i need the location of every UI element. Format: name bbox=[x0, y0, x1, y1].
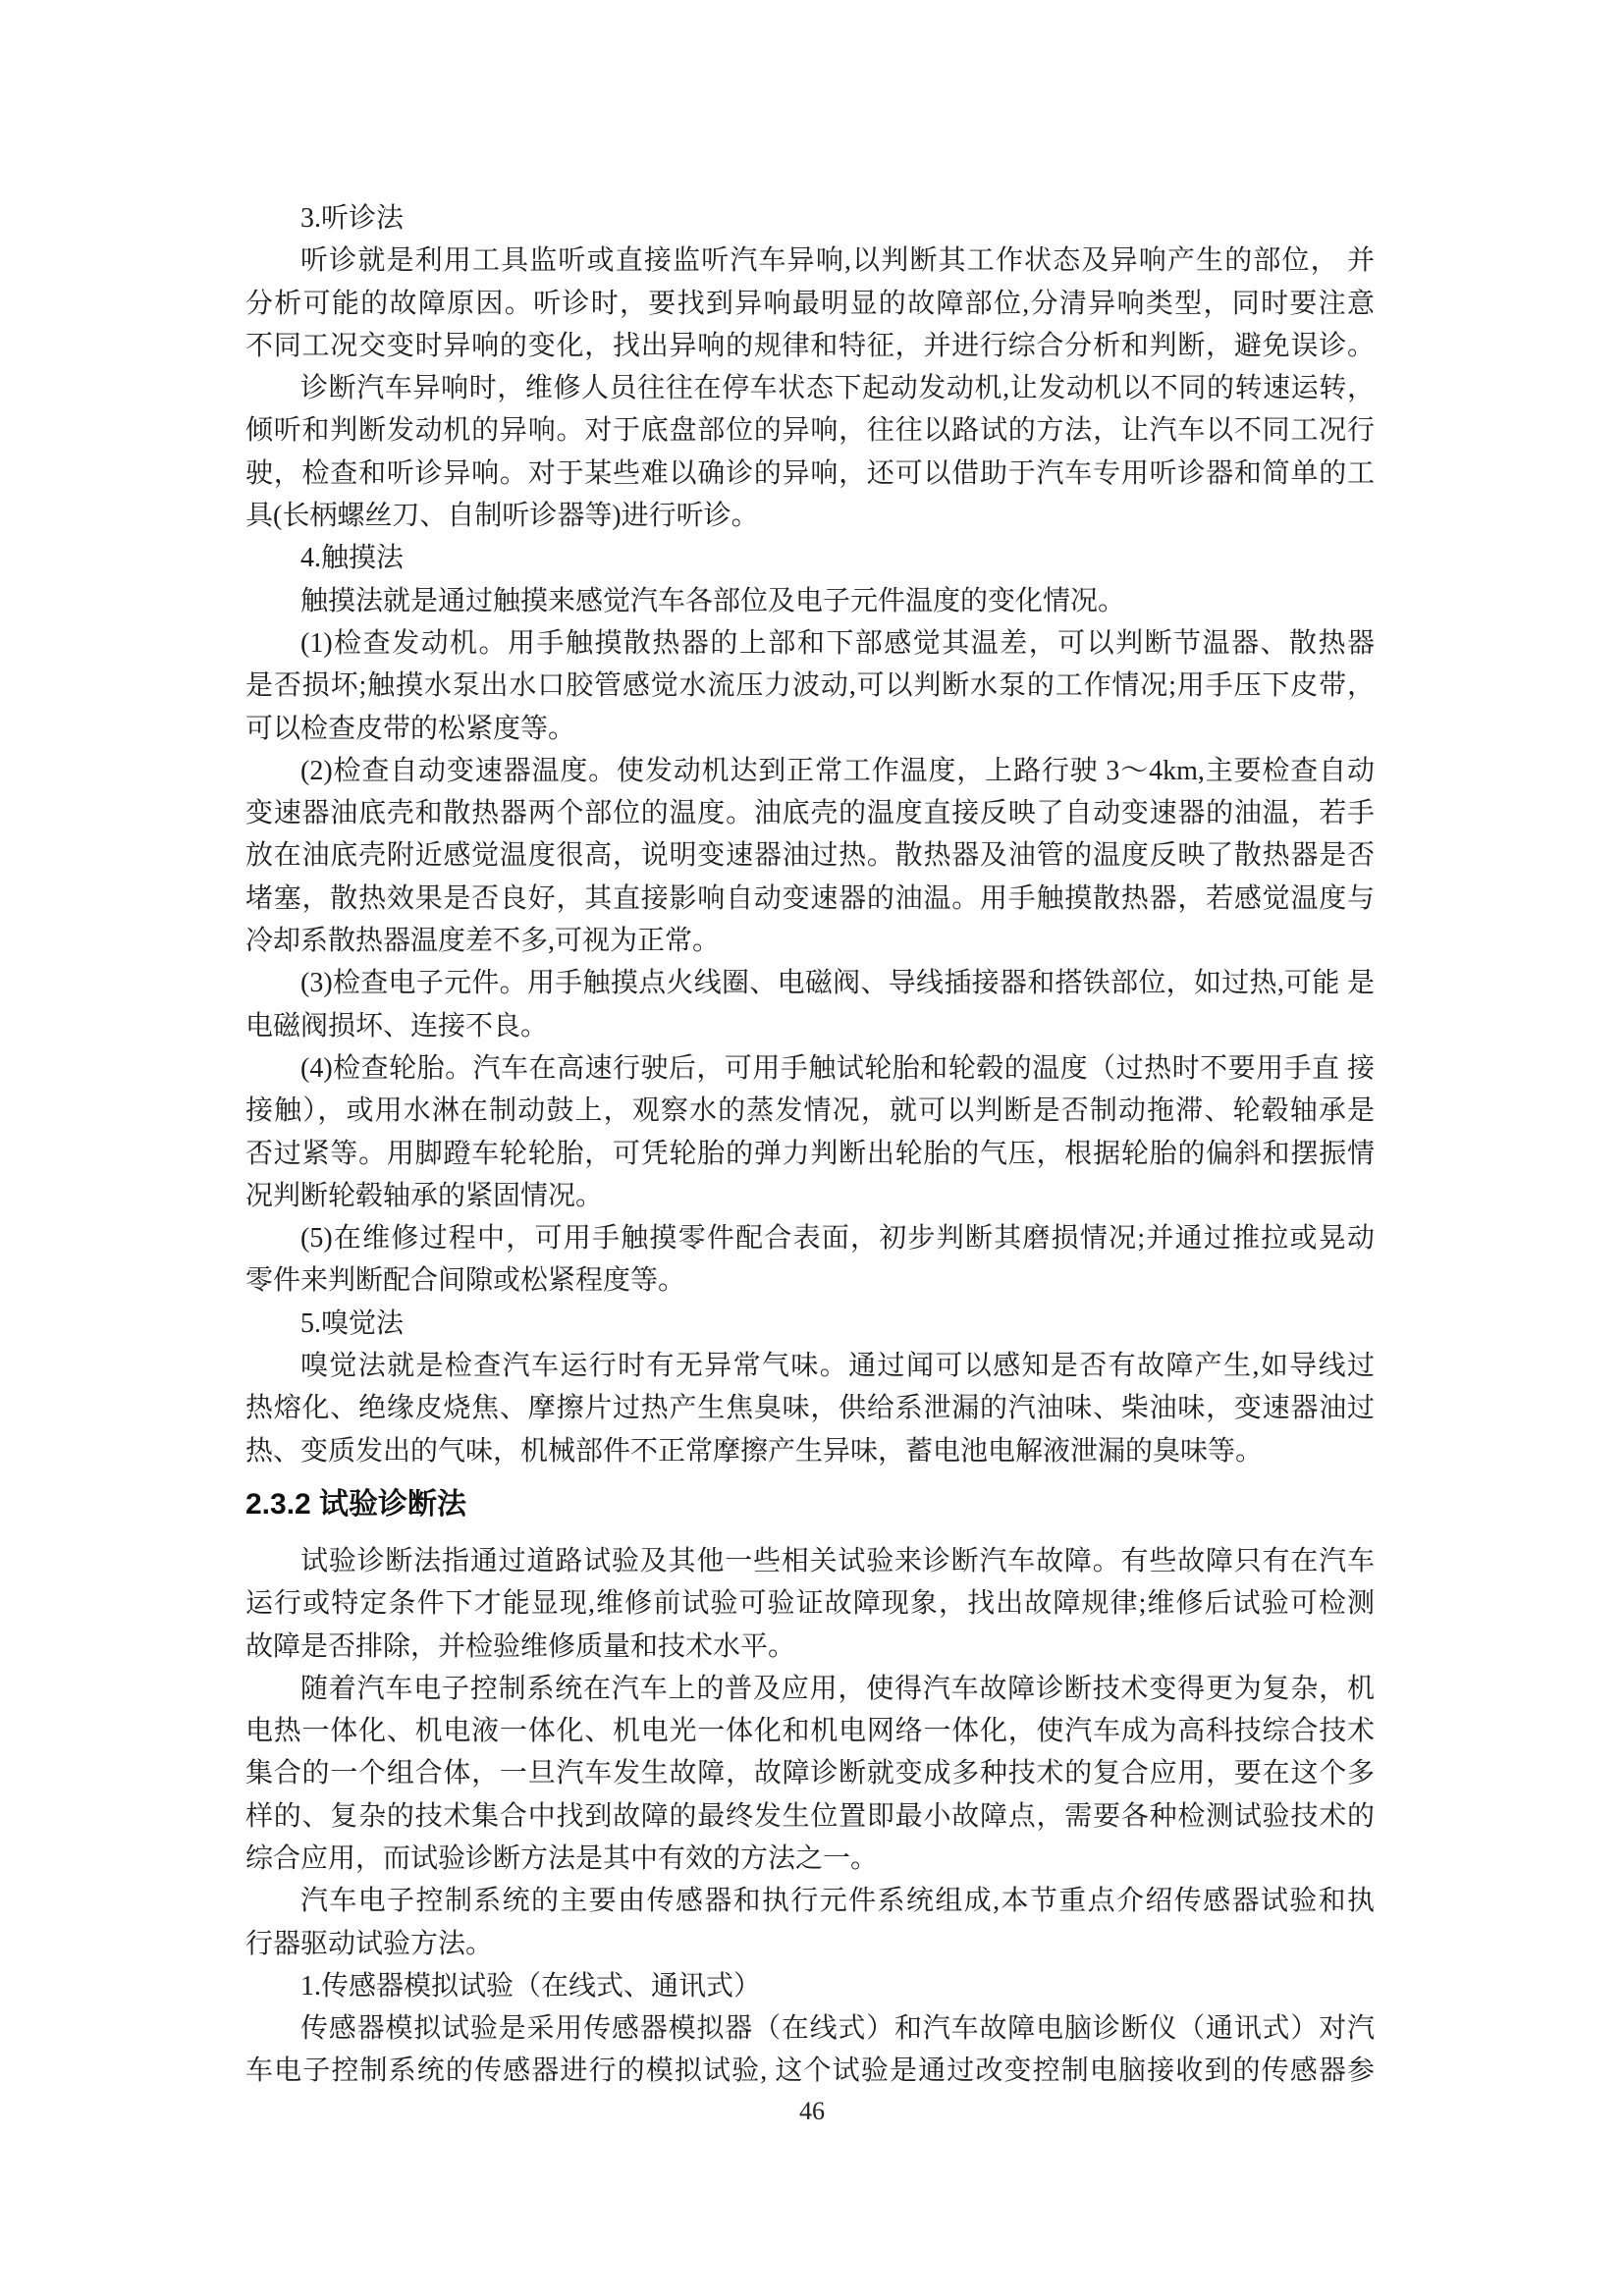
text-line: 否过紧等。用脚蹬车轮轮胎，可凭轮胎的弹力判断出轮胎的气压，根据轮胎的偏斜和摆振情 bbox=[245, 1133, 1375, 1175]
text-line: 况判断轮毂轴承的紧固情况。 bbox=[245, 1175, 1375, 1217]
text-line: 综合应用，而试验诊断方法是其中有效的方法之一。 bbox=[245, 1838, 1375, 1880]
text-line: 车电子控制系统的传感器进行的模拟试验, 这个试验是通过改变控制电脑接收到的传感器… bbox=[245, 2050, 1375, 2092]
text-line: 零件来判断配合间隙或松紧程度等。 bbox=[245, 1259, 1375, 1302]
text-line: 诊断汽车异响时，维修人员往往在停车状态下起动发动机,让发动机以不同的转速运转， bbox=[245, 367, 1375, 409]
text-line: (5)在维修过程中，可用手触摸零件配合表面，初步判断其磨损情况;并通过推拉或晃动 bbox=[245, 1217, 1375, 1259]
text-line: 故障是否排除，并检验维修质量和技术水平。 bbox=[245, 1626, 1375, 1668]
text-line: (2)检查自动变速器温度。使发动机达到正常工作温度，上路行驶 3～4km,主要检… bbox=[245, 750, 1375, 792]
text-line: 热、变质发出的气味，机械部件不正常摩擦产生异味，蓄电池电解液泄漏的臭味等。 bbox=[245, 1430, 1375, 1472]
text-line: 1.传感器模拟试验（在线式、通讯式） bbox=[245, 1965, 1375, 2007]
text-line: 随着汽车电子控制系统在汽车上的普及应用，使得汽车故障诊断技术变得更为复杂，机 bbox=[245, 1668, 1375, 1710]
text-line: 运行或特定条件下才能显现,维修前试验可验证故障现象，找出故障规律;维修后试验可检… bbox=[245, 1582, 1375, 1625]
text-line: 样的、复杂的技术集合中找到故障的最终发生位置即最小故障点，需要各种检测试验技术的 bbox=[245, 1795, 1375, 1838]
text-line: 堵塞，散热效果是否良好，其直接影响自动变速器的油温。用手触摸散热器，若感觉温度与 bbox=[245, 878, 1375, 920]
text-line: 触摸法就是通过触摸来感觉汽车各部位及电子元件温度的变化情况。 bbox=[245, 580, 1375, 622]
text-line: 可以检查皮带的松紧度等。 bbox=[245, 708, 1375, 750]
page-number: 46 bbox=[0, 2097, 1624, 2126]
text-line: 汽车电子控制系统的主要由传感器和执行元件系统组成,本节重点介绍传感器试验和执 bbox=[245, 1880, 1375, 1922]
text-line: (4)检查轮胎。汽车在高速行驶后，可用手触试轮胎和轮毂的温度（过热时不要用手直 … bbox=[245, 1047, 1375, 1090]
text-line: (1)检查发动机。用手触摸散热器的上部和下部感觉其温差，可以判断节温器、散热器 bbox=[245, 622, 1375, 665]
text-line: 驶，检查和听诊异响。对于某些难以确诊的异响，还可以借助于汽车专用听诊器和简单的工 bbox=[245, 453, 1375, 495]
text-line: (3)检查电子元件。用手触摸点火线圈、电磁阀、导线插接器和搭铁部位，如过热,可能… bbox=[245, 962, 1375, 1004]
text-line: 不同工况交变时异响的变化，找出异响的规律和特征，并进行综合分析和判断，避免误诊。 bbox=[245, 325, 1375, 367]
text-line: 电磁阀损坏、连接不良。 bbox=[245, 1005, 1375, 1047]
page: 3.听诊法听诊就是利用工具监听或直接监听汽车异响,以判断其工作状态及异响产生的部… bbox=[0, 0, 1624, 2296]
text-line: 传感器模拟试验是采用传感器模拟器（在线式）和汽车故障电脑诊断仪（通讯式）对汽 bbox=[245, 2007, 1375, 2050]
section-heading: 2.3.2 试验诊断法 bbox=[245, 1483, 1375, 1525]
text-line: 3.听诊法 bbox=[245, 197, 1375, 240]
text-line: 集合的一个组合体，一旦汽车发生故障，故障诊断就变成多种技术的复合应用，要在这个多 bbox=[245, 1752, 1375, 1794]
text-line: 试验诊断法指通过道路试验及其他一些相关试验来诊断汽车故障。有些故障只有在汽车 bbox=[245, 1540, 1375, 1582]
text-line: 4.触摸法 bbox=[245, 537, 1375, 579]
text-line: 行器驱动试验方法。 bbox=[245, 1923, 1375, 1965]
text-line: 具(长柄螺丝刀、自制听诊器等)进行听诊。 bbox=[245, 495, 1375, 537]
text-line: 变速器油底壳和散热器两个部位的温度。油底壳的温度直接反映了自动变速器的油温，若手 bbox=[245, 792, 1375, 834]
text-line: 接触），或用水淋在制动鼓上，观察水的蒸发情况，就可以判断是否制动拖滞、轮毂轴承是 bbox=[245, 1090, 1375, 1132]
text-line: 5.嗅觉法 bbox=[245, 1303, 1375, 1345]
document-body: 3.听诊法听诊就是利用工具监听或直接监听汽车异响,以判断其工作状态及异响产生的部… bbox=[245, 197, 1375, 2093]
text-line: 热熔化、绝缘皮烧焦、摩擦片过热产生焦臭味，供给系泄漏的汽油味、柴油味，变速器油过 bbox=[245, 1387, 1375, 1429]
text-line: 是否损坏;触摸水泵出水口胶管感觉水流压力波动,可以判断水泵的工作情况;用手压下皮… bbox=[245, 665, 1375, 707]
text-line: 冷却系散热器温度差不多,可视为正常。 bbox=[245, 920, 1375, 962]
text-line: 听诊就是利用工具监听或直接监听汽车异响,以判断其工作状态及异响产生的部位， 并 bbox=[245, 240, 1375, 282]
text-line: 分析可能的故障原因。听诊时，要找到异响最明显的故障部位,分清异响类型，同时要注意 bbox=[245, 283, 1375, 325]
text-line: 电热一体化、机电液一体化、机电光一体化和机电网络一体化，使汽车成为高科技综合技术 bbox=[245, 1710, 1375, 1752]
text-line: 放在油底壳附近感觉温度很高，说明变速器油过热。散热器及油管的温度反映了散热器是否 bbox=[245, 834, 1375, 877]
text-line: 倾听和判断发动机的异响。对于底盘部位的异响，往往以路试的方法，让汽车以不同工况行 bbox=[245, 409, 1375, 452]
text-line: 嗅觉法就是检查汽车运行时有无异常气味。通过闻可以感知是否有故障产生,如导线过 bbox=[245, 1345, 1375, 1387]
